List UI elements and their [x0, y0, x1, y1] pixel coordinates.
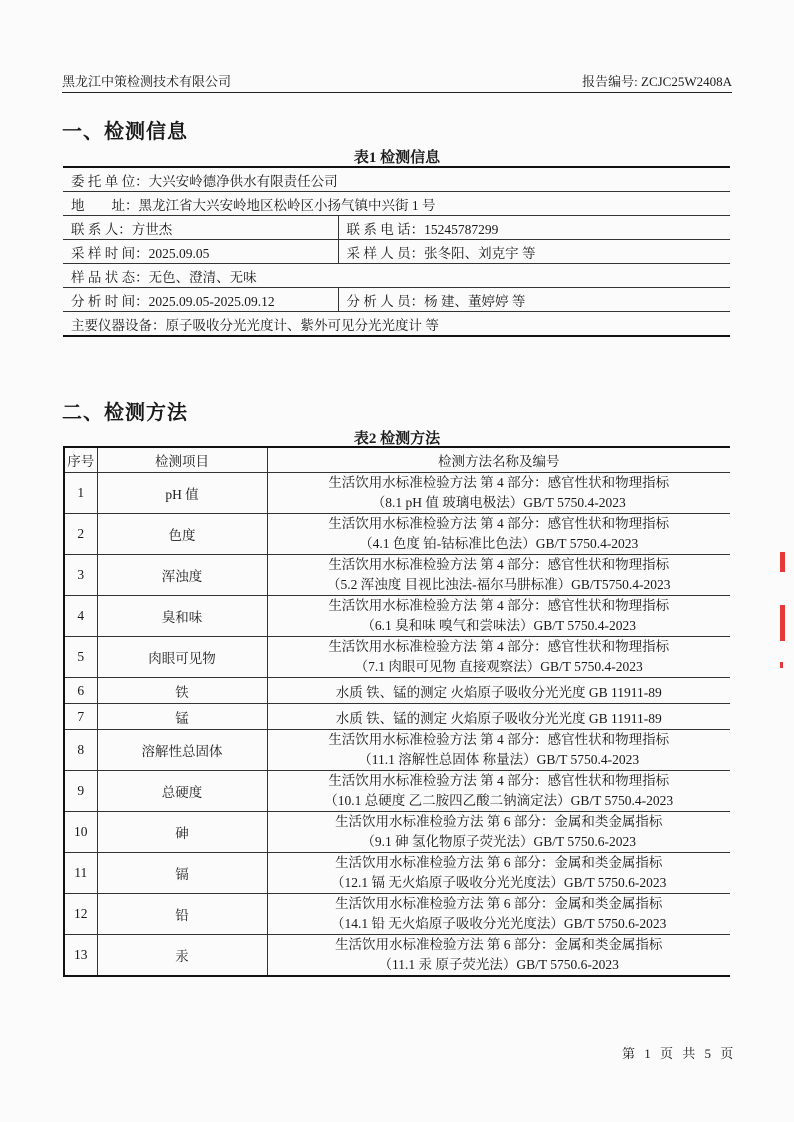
- client-field: 委 托 单 位：大兴安岭德净供水有限责任公司: [63, 167, 730, 192]
- report-number: 报告编号: ZCJC25W2408A: [582, 71, 732, 90]
- table-row: 5肉眼可见物生活饮用水标准检验方法 第 4 部分：感官性状和物理指标（7.1 肉…: [64, 637, 730, 678]
- section-title-info: 一、检测信息: [62, 115, 188, 144]
- page-number: 第 1 页 共 5 页: [622, 1043, 736, 1062]
- col-header-item: 检测项目: [97, 447, 267, 473]
- col-header-method: 检测方法名称及编号: [267, 447, 730, 473]
- seal-mark: [780, 662, 783, 668]
- table-row: 11镉生活饮用水标准检验方法 第 6 部分：金属和类金属指标（12.1 镉 无火…: [64, 853, 730, 894]
- analysis-time-field: 分 析 时 间：2025.09.05-2025.09.12: [63, 288, 338, 312]
- info-table: 委 托 单 位：大兴安岭德净供水有限责任公司 地 址：黑龙江省大兴安岭地区松岭区…: [63, 166, 730, 337]
- table2-caption: 表2 检测方法: [0, 427, 794, 448]
- sample-state-field: 样 品 状 态：无色、澄清、无味: [63, 264, 730, 288]
- sampling-time-field: 采 样 时 间：2025.09.05: [63, 240, 338, 264]
- samplers-field: 采 样 人 员：张冬阳、刘克宇 等: [338, 240, 730, 264]
- table-row: 1pH 值生活饮用水标准检验方法 第 4 部分：感官性状和物理指标（8.1 pH…: [64, 473, 730, 514]
- table-row: 2色度生活饮用水标准检验方法 第 4 部分：感官性状和物理指标（4.1 色度 铂…: [64, 514, 730, 555]
- table1-caption: 表1 检测信息: [0, 146, 794, 167]
- section-title-methods: 二、检测方法: [62, 396, 188, 425]
- table-row: 4臭和味生活饮用水标准检验方法 第 4 部分：感官性状和物理指标（6.1 臭和味…: [64, 596, 730, 637]
- analysts-field: 分 析 人 员：杨 建、董婷婷 等: [338, 288, 730, 312]
- col-header-no: 序号: [64, 447, 97, 473]
- table-row: 8溶解性总固体生活饮用水标准检验方法 第 4 部分：感官性状和物理指标（11.1…: [64, 730, 730, 771]
- methods-table: 序号 检测项目 检测方法名称及编号 1pH 值生活饮用水标准检验方法 第 4 部…: [63, 446, 730, 977]
- table-row: 9总硬度生活饮用水标准检验方法 第 4 部分：感官性状和物理指标（10.1 总硬…: [64, 771, 730, 812]
- table-row: 7锰水质 铁、锰的测定 火焰原子吸收分光光度 GB 11911-89: [64, 704, 730, 730]
- page-header: 黑龙江中策检测技术有限公司 报告编号: ZCJC25W2408A: [62, 72, 732, 93]
- table-row: 3浑浊度生活饮用水标准检验方法 第 4 部分：感官性状和物理指标（5.2 浑浊度…: [64, 555, 730, 596]
- seal-mark: [780, 552, 785, 572]
- phone-field: 联 系 电 话：15245787299: [338, 216, 730, 240]
- table-row: 6铁水质 铁、锰的测定 火焰原子吸收分光光度 GB 11911-89: [64, 678, 730, 704]
- table-row: 13汞生活饮用水标准检验方法 第 6 部分：金属和类金属指标（11.1 汞 原子…: [64, 935, 730, 977]
- company-name: 黑龙江中策检测技术有限公司: [62, 71, 231, 90]
- contact-field: 联 系 人：方世杰: [63, 216, 338, 240]
- table-row: 10砷生活饮用水标准检验方法 第 6 部分：金属和类金属指标（9.1 砷 氢化物…: [64, 812, 730, 853]
- instruments-field: 主要仪器设备：原子吸收分光光度计、紫外可见分光光度计 等: [63, 312, 730, 337]
- seal-mark: [780, 605, 785, 641]
- address-field: 地 址：黑龙江省大兴安岭地区松岭区小扬气镇中兴街 1 号: [63, 192, 730, 216]
- table-row: 12铅生活饮用水标准检验方法 第 6 部分：金属和类金属指标（14.1 铅 无火…: [64, 894, 730, 935]
